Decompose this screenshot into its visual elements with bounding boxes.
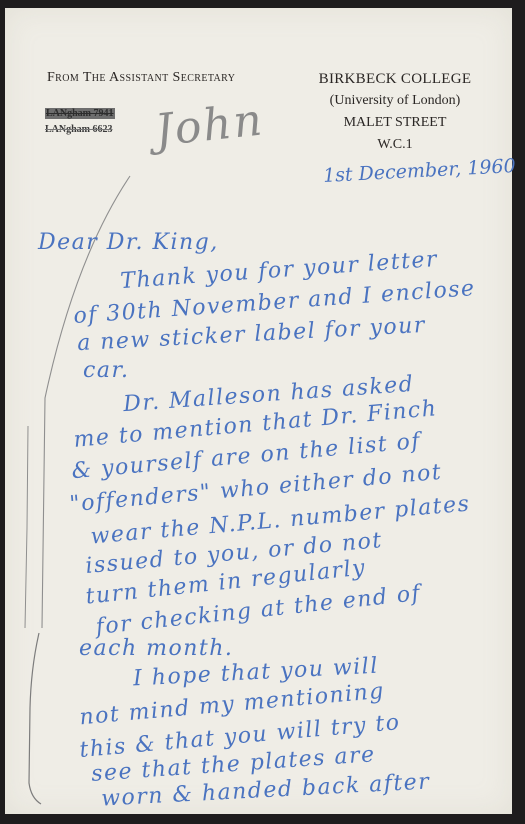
body-line: each month.	[79, 636, 233, 661]
letter-page: From The Assistant Secretary LANgham 794…	[5, 8, 512, 814]
salutation: Dear Dr. King,	[38, 230, 219, 255]
body-line: car.	[83, 358, 130, 383]
